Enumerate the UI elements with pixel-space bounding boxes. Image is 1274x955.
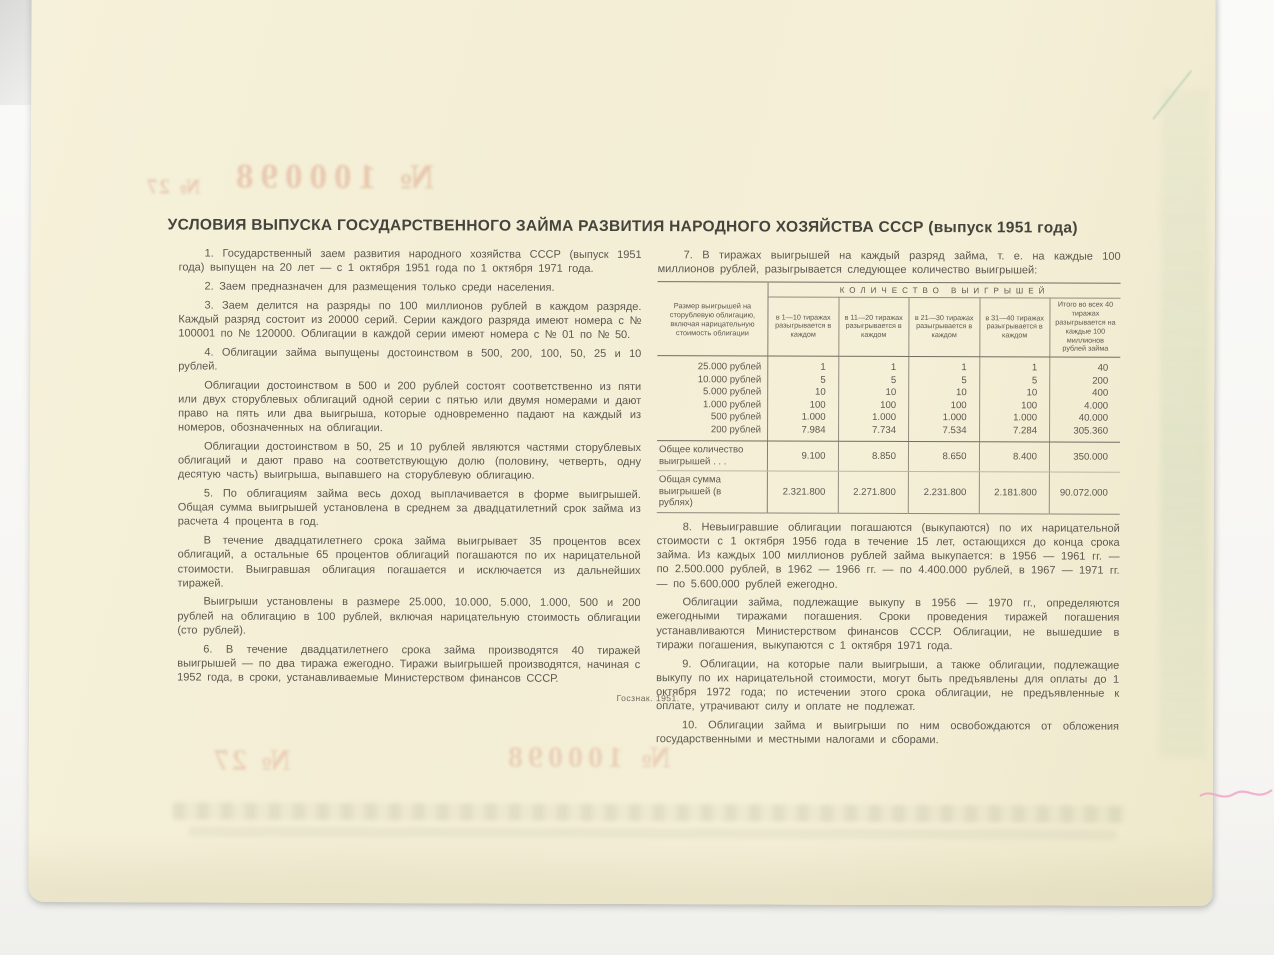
totals-row-1: Общее количество выигрышей . . .9.1008.8… <box>657 441 1120 473</box>
left-paragraph-2: 2. Заем предназначен для размещения толь… <box>179 279 642 295</box>
draw-column-header-3: в 21—30 тиражах разыгрывается в каждом <box>909 298 980 357</box>
prize-count-cell: 1.000 <box>909 412 980 425</box>
prize-count-cell: 1.000 <box>979 412 1050 425</box>
prize-count-cell: 1 <box>979 357 1050 375</box>
pink-thread-mark <box>1198 776 1274 818</box>
prize-count-cell: 1 <box>838 356 909 374</box>
prize-count-cell: 100 <box>838 399 909 412</box>
left-paragraph-1: 1. Государственный заем развития народно… <box>179 246 642 276</box>
prize-row-label: 5.000 рублей <box>657 386 768 399</box>
prize-count-cell: 4.000 <box>1050 400 1121 413</box>
prize-count-cell: 7.534 <box>909 424 980 442</box>
left-paragraph-7: 5. По облигациям займа весь доход выплач… <box>178 486 641 530</box>
right-paragraph-1: 8. Невыигравшие облигации погашаются (вы… <box>657 520 1120 593</box>
right-paragraph-3: 9. Облигации, на которые пали выигрыши, … <box>656 657 1119 715</box>
left-paragraph-4: 4. Облигации займа выпущены достоинством… <box>178 345 641 375</box>
prize-count-cell: 10 <box>838 386 909 399</box>
totals-cell: 8.850 <box>838 441 909 471</box>
prize-count-cell: 7.734 <box>838 424 909 442</box>
totals-cell: 350.000 <box>1049 442 1120 472</box>
prize-count-group-header: КОЛИЧЕСТВО ВЫИГРЫШЕЙ <box>768 282 1121 298</box>
totals-cell: 90.072.000 <box>1049 472 1120 514</box>
left-paragraph-8: В течение двадцатилетнего срока займа вы… <box>178 534 641 592</box>
totals-cell: 2.231.800 <box>908 472 979 514</box>
totals-cell: 8.400 <box>979 442 1050 472</box>
prize-count-cell: 5 <box>909 374 980 387</box>
prize-count-cell: 305.360 <box>1050 425 1121 443</box>
prize-row-label: 200 рублей <box>657 423 768 441</box>
prize-count-cell: 100 <box>909 399 980 412</box>
totals-cell: 2.321.800 <box>767 471 838 513</box>
prize-count-cell: 10 <box>909 387 980 400</box>
prize-row-label: 10.000 рублей <box>657 373 768 386</box>
right-column: 7. В тиражах выигрышей на каждый разряд … <box>656 248 1121 752</box>
prize-row-4: 1.000 рублей1001001001004.000 <box>657 398 1120 412</box>
prize-count-cell: 1.000 <box>768 411 839 424</box>
right-paragraph-2: Облигации займа, подлежащие выкупу в 195… <box>656 595 1119 653</box>
prize-table: Размер выигрышей на сторублевую облигаци… <box>657 282 1121 515</box>
prize-size-column-header: Размер выигрышей на сторублевую облигаци… <box>657 282 768 356</box>
prize-count-cell: 10 <box>768 386 839 399</box>
paragraph-7-intro: 7. В тиражах выигрышей на каждый разряд … <box>658 248 1121 278</box>
right-column-paragraphs: 8. Невыигравшие облигации погашаются (вы… <box>656 520 1120 748</box>
totals-row-2: Общая сумма выигрышей (в рублях)2.321.80… <box>657 471 1120 514</box>
prize-count-cell: 200 <box>1050 375 1121 388</box>
prize-table-head: Размер выигрышей на сторублевую облигаци… <box>657 282 1120 357</box>
draw-column-header-4: в 31—40 тиражах разыгрывается в каждом <box>979 298 1050 357</box>
totals-cell: 2.181.800 <box>979 472 1050 514</box>
bond-paper-sheet: № 27 № 100098 № 27 № 100098 УСЛОВИЯ ВЫПУ… <box>28 0 1215 906</box>
prize-count-cell: 40 <box>1050 357 1121 375</box>
bleedthrough-top-number: № 27 <box>145 174 200 199</box>
prize-count-cell: 7.284 <box>979 424 1050 442</box>
draw-column-header-1: в 1—10 тиражах разыгрывается в каждом <box>768 297 839 356</box>
left-column: 1. Государственный заем развития народно… <box>177 246 642 750</box>
bleedthrough-top-serial: № 100098 <box>229 157 434 198</box>
totals-cell: 9.100 <box>767 441 838 471</box>
prize-row-label: 500 рублей <box>657 411 768 424</box>
left-paragraph-9: Выигрыши установлены в размере 25.000, 1… <box>177 595 640 639</box>
document-title: УСЛОВИЯ ВЫПУСКА ГОСУДАРСТВЕННОГО ЗАЙМА Р… <box>31 216 1215 238</box>
total-column-header: Итого во всех 40 тиражах разыгрывается н… <box>1050 298 1121 357</box>
left-paragraph-6: Облигации достоинством в 50, 25 и 10 руб… <box>178 439 641 483</box>
prize-row-label: 25.000 рублей <box>657 356 768 374</box>
bleedthrough-guilloche-band-2 <box>189 826 1117 839</box>
prize-count-cell: 1 <box>768 356 839 374</box>
prize-count-cell: 100 <box>979 399 1050 412</box>
prize-count-cell: 40.000 <box>1050 412 1121 425</box>
prize-count-cell: 7.984 <box>768 424 839 442</box>
prize-row-5: 500 рублей1.0001.0001.0001.00040.000 <box>657 411 1120 425</box>
prize-row-6: 200 рублей7.9847.7347.5347.284305.360 <box>657 423 1120 442</box>
prize-count-cell: 100 <box>768 399 839 412</box>
text-columns: 1. Государственный заем развития народно… <box>177 246 1121 752</box>
bleedthrough-guilloche-band <box>173 802 1125 822</box>
prize-count-cell: 5 <box>768 374 839 387</box>
prize-count-cell: 5 <box>979 374 1050 387</box>
scan-green-streak <box>1159 89 1209 759</box>
right-paragraph-4: 10. Облигации займа и выигрыши по ним ос… <box>656 718 1119 748</box>
prize-count-cell: 5 <box>838 374 909 387</box>
prize-count-cell: 1 <box>909 357 980 375</box>
totals-cell: 2.271.800 <box>838 471 909 513</box>
prize-count-cell: 400 <box>1050 387 1121 400</box>
prize-count-cell: 1.000 <box>838 411 909 424</box>
totals-row-label: Общее количество выигрышей . . . <box>657 441 768 471</box>
prize-table-header-row-1: Размер выигрышей на сторублевую облигаци… <box>658 282 1121 299</box>
prize-row-3: 5.000 рублей10101010400 <box>657 386 1120 400</box>
left-paragraph-5: Облигации достоинством в 500 и 200 рубле… <box>178 378 641 436</box>
totals-row-label: Общая сумма выигрышей (в рублях) <box>657 471 768 513</box>
draw-column-header-2: в 11—20 тиражах разыгрывается в каждом <box>838 298 909 357</box>
prize-count-cell: 10 <box>979 387 1050 400</box>
prize-row-1: 25.000 рублей111140 <box>657 356 1120 375</box>
prize-row-label: 1.000 рублей <box>657 398 768 411</box>
prize-row-2: 10.000 рублей5555200 <box>657 373 1120 387</box>
scanned-bond-back: № 27 № 100098 № 27 № 100098 УСЛОВИЯ ВЫПУ… <box>0 0 1274 955</box>
prize-table-body: 25.000 рублей11114010.000 рублей55552005… <box>657 356 1121 514</box>
left-paragraph-3: 3. Заем делится на разряды по 100 миллио… <box>178 298 641 342</box>
left-paragraph-10: 6. В течение двадцатилетнего срока займа… <box>177 642 640 686</box>
totals-cell: 8.650 <box>908 442 979 472</box>
